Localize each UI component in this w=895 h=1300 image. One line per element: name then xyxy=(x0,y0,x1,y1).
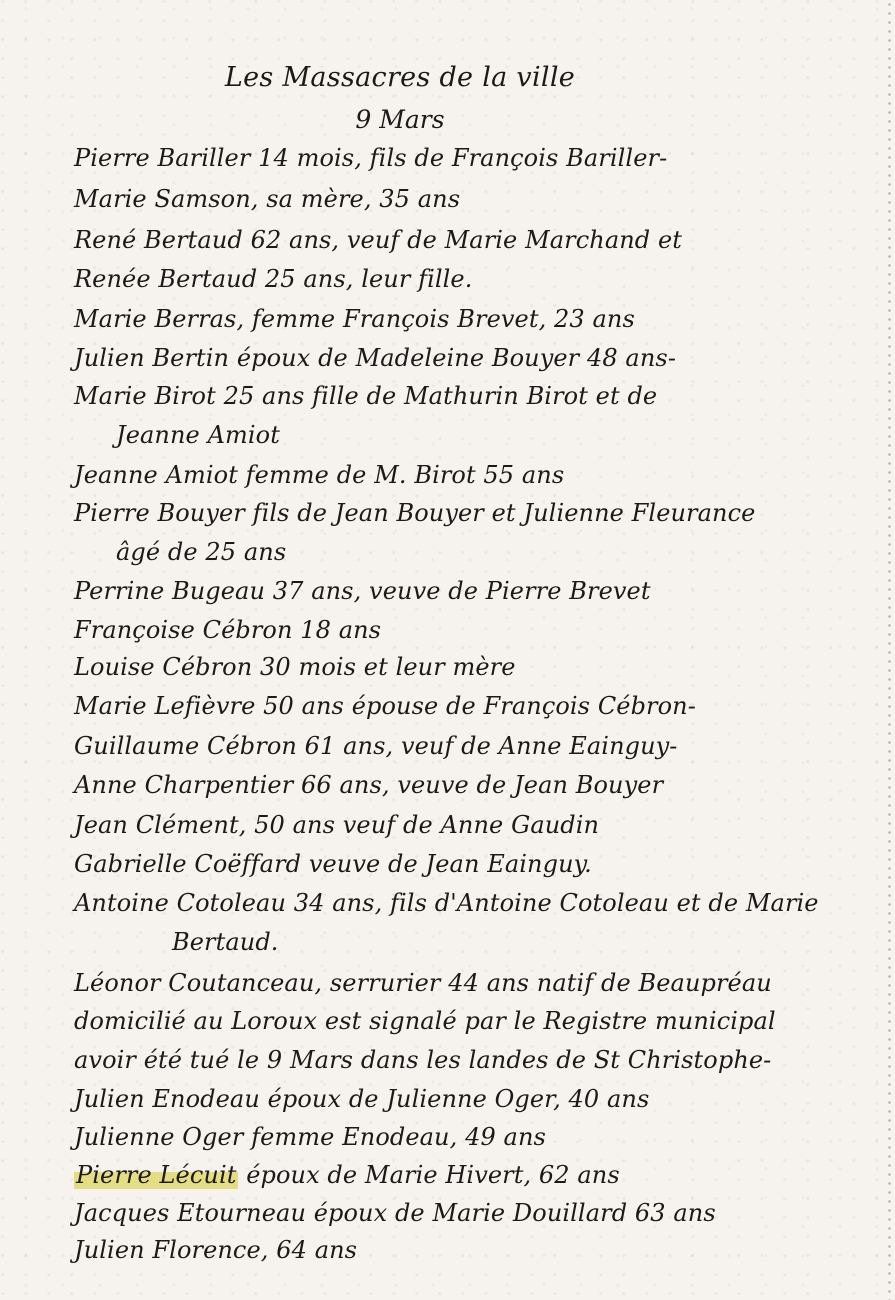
entry-line: René Bertaud 62 ans, veuf de Marie March… xyxy=(74,225,682,255)
entry-line: Julien Enodeau époux de Julienne Oger, 4… xyxy=(74,1084,649,1114)
entry-line: Jacques Etourneau époux de Marie Douilla… xyxy=(74,1198,716,1228)
entry-line: Marie Samson, sa mère, 35 ans xyxy=(74,184,460,214)
entry-line: Julien Florence, 64 ans xyxy=(74,1235,357,1265)
entry-line-continuation: Jeanne Amiot xyxy=(116,420,280,450)
entry-line-continuation: Bertaud. xyxy=(172,927,279,957)
entry-line-highlighted: Pierre Lécuit époux de Marie Hivert, 62 … xyxy=(74,1160,620,1190)
entry-line: Louise Cébron 30 mois et leur mère xyxy=(74,652,516,682)
entry-line: Léonor Coutanceau, serrurier 44 ans nati… xyxy=(74,968,772,998)
entry-line: Julienne Oger femme Enodeau, 49 ans xyxy=(74,1122,546,1152)
entry-line: Pierre Bouyer fils de Jean Bouyer et Jul… xyxy=(74,498,755,528)
entry-line: Julien Bertin époux de Madeleine Bouyer … xyxy=(74,343,676,373)
page-date: 9 Mars xyxy=(330,105,470,134)
document-page: Les Massacres de la ville 9 Mars Pierre … xyxy=(0,0,895,1300)
entry-line: Jean Clément, 50 ans veuf de Anne Gaudin xyxy=(74,810,599,840)
entry-line: Françoise Cébron 18 ans xyxy=(74,615,381,645)
entry-line: Jeanne Amiot femme de M. Birot 55 ans xyxy=(74,460,564,490)
entry-line: Marie Birot 25 ans fille de Mathurin Bir… xyxy=(74,381,657,411)
entry-line: Pierre Bariller 14 mois, fils de Françoi… xyxy=(74,143,667,173)
entry-line: Antoine Cotoleau 34 ans, fils d'Antoine … xyxy=(74,888,819,918)
entry-line: domicilié au Loroux est signalé par le R… xyxy=(74,1006,776,1036)
scan-edge-noise xyxy=(888,0,891,1300)
entry-line: Anne Charpentier 66 ans, veuve de Jean B… xyxy=(74,770,663,800)
entry-line: Perrine Bugeau 37 ans, veuve de Pierre B… xyxy=(74,576,651,606)
entry-line: Marie Lefièvre 50 ans épouse de François… xyxy=(74,691,696,721)
entry-line-rest: époux de Marie Hivert, 62 ans xyxy=(238,1161,619,1189)
entry-line: Guillaume Cébron 61 ans, veuf de Anne Ea… xyxy=(74,731,678,761)
entry-line: Gabrielle Coëffard veuve de Jean Eainguy… xyxy=(74,849,592,879)
entry-line: Renée Bertaud 25 ans, leur fille. xyxy=(74,264,472,294)
entry-line: Marie Berras, femme François Brevet, 23 … xyxy=(74,304,635,334)
page-title: Les Massacres de la ville xyxy=(200,62,600,93)
entry-line-continuation: âgé de 25 ans xyxy=(116,537,286,567)
entry-line: avoir été tué le 9 Mars dans les landes … xyxy=(74,1045,771,1075)
highlighted-name: Pierre Lécuit xyxy=(74,1161,238,1189)
